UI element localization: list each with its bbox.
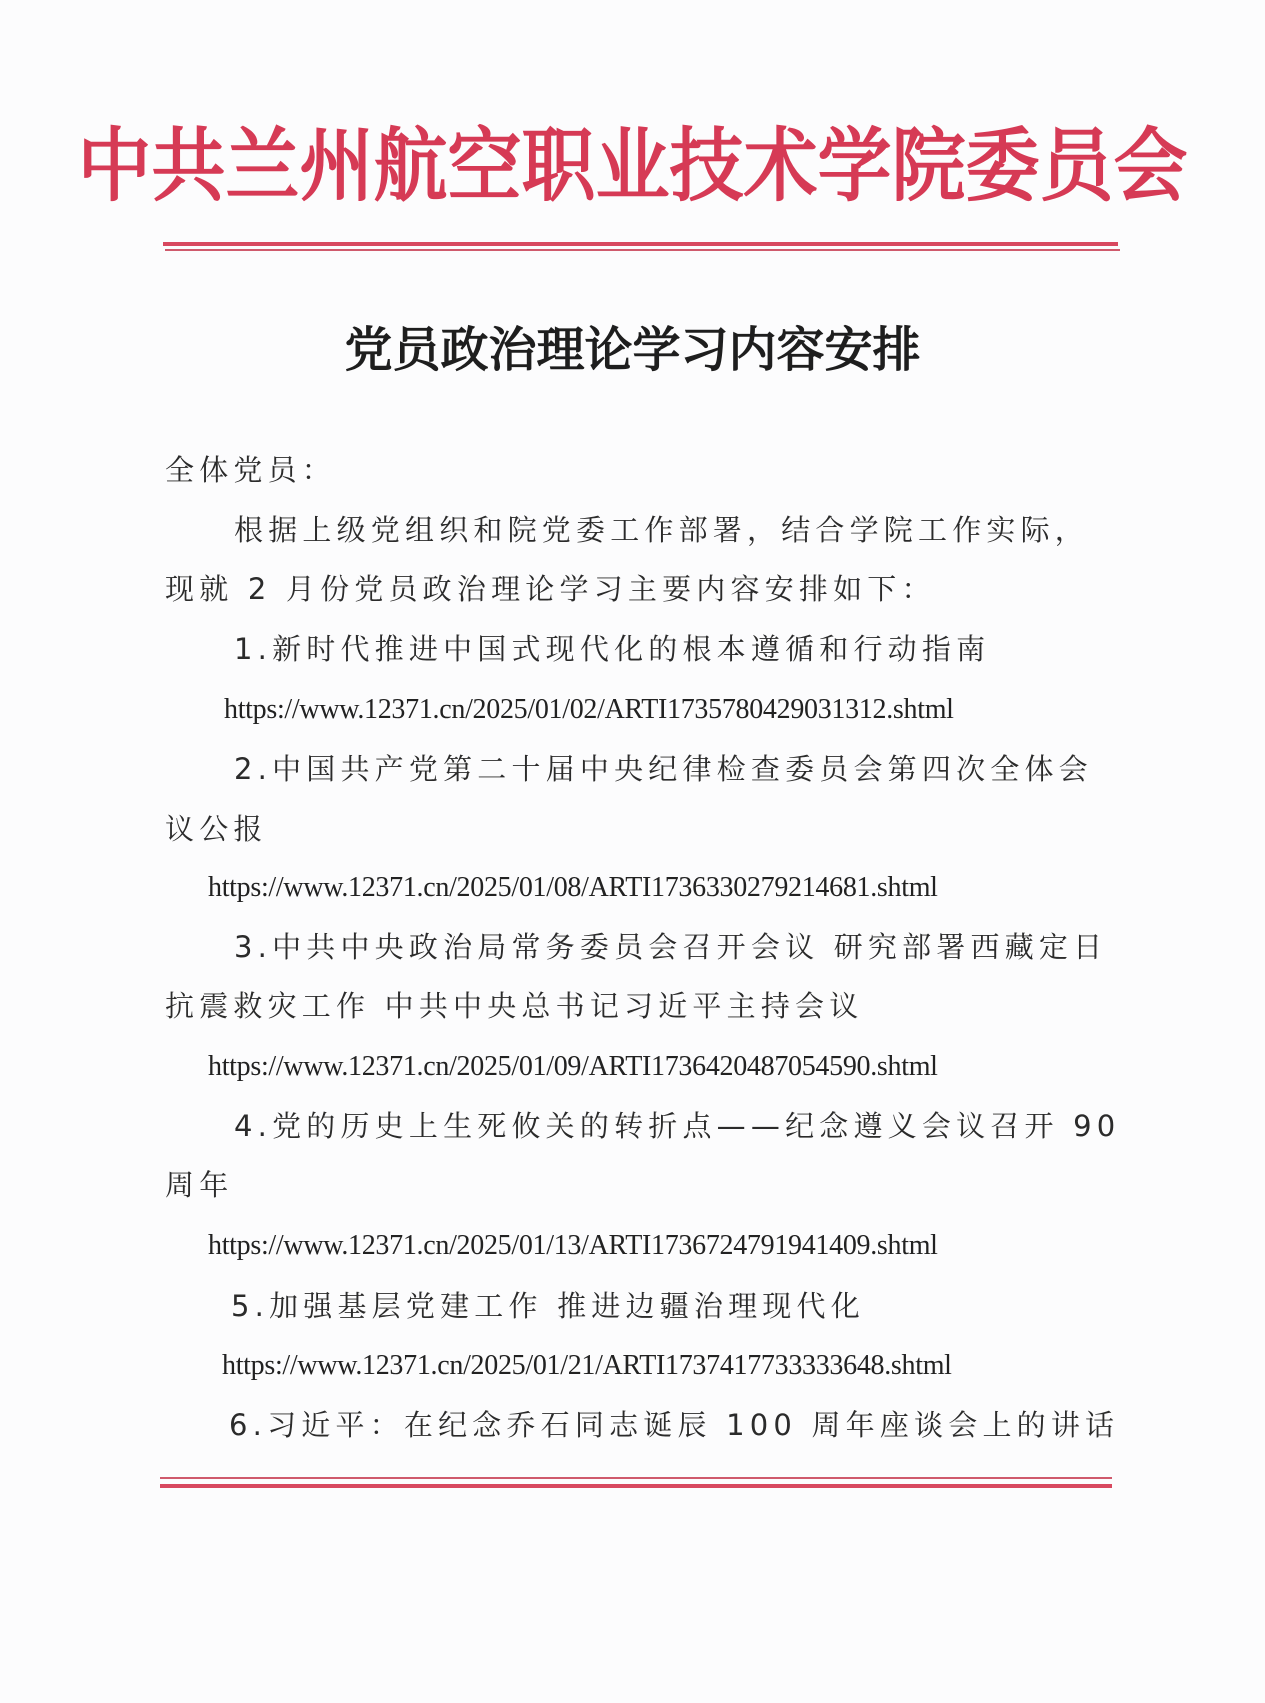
study-item-1-link[interactable]: https://www.12371.cn/2025/01/02/ARTI1735… xyxy=(224,690,954,730)
study-item-3-link[interactable]: https://www.12371.cn/2025/01/09/ARTI1736… xyxy=(208,1047,938,1087)
study-item-5-title: 5.加强基层党建工作 推进边疆治理现代化 xyxy=(231,1286,865,1326)
footer-rule-thin xyxy=(160,1477,1112,1479)
intro-line-1: 根据上级党组织和院党委工作部署，结合学院工作实际， xyxy=(234,510,1089,550)
footer-rule-thick xyxy=(160,1484,1112,1488)
study-item-2-title-cont: 议公报 xyxy=(165,809,268,849)
study-item-2-title: 2.中国共产党第二十届中央纪律检查委员会第四次全体会 xyxy=(234,749,1093,789)
study-item-4-title-cont: 周年 xyxy=(165,1165,233,1205)
salutation: 全体党员： xyxy=(165,450,336,490)
masthead-rule-thin xyxy=(165,249,1120,251)
intro-line-2: 现就 2 月份党员政治理论学习主要内容安排如下： xyxy=(165,569,936,609)
study-item-4-title: 4.党的历史上生死攸关的转折点——纪念遵义会议召开 90 xyxy=(234,1106,1120,1146)
study-item-1-title: 1.新时代推进中国式现代化的根本遵循和行动指南 xyxy=(234,629,990,669)
masthead-rule-thick xyxy=(163,242,1118,246)
document-title: 党员政治理论学习内容安排 xyxy=(0,318,1265,382)
study-item-2-link[interactable]: https://www.12371.cn/2025/01/08/ARTI1736… xyxy=(208,868,938,908)
study-item-6-title: 6.习近平：在纪念乔石同志诞辰 100 周年座谈会上的讲话 xyxy=(229,1405,1119,1445)
study-item-5-link[interactable]: https://www.12371.cn/2025/01/21/ARTI1737… xyxy=(222,1346,952,1386)
study-item-3-title: 3.中共中央政治局常务委员会召开会议 研究部署西藏定日 xyxy=(234,927,1107,967)
study-item-3-title-cont: 抗震救灾工作 中共中央总书记习近平主持会议 xyxy=(165,986,863,1026)
masthead-org-name: 中共兰州航空职业技术学院委员会 xyxy=(0,118,1265,215)
study-item-4-link[interactable]: https://www.12371.cn/2025/01/13/ARTI1736… xyxy=(208,1226,938,1266)
